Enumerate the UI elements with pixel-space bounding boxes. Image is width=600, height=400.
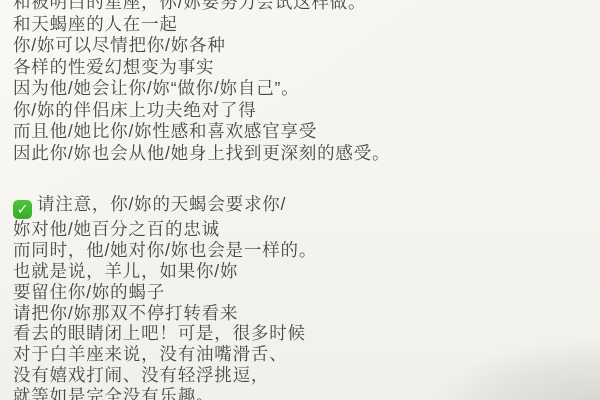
text-line: 请把你/妳那双不停打转看来 (13, 303, 592, 324)
paragraph-scorpio-intro: 和被明白的星座，你/妳要努力会试这样做。 和天蝎座的人在一起 你/妳可以尽情把你… (13, 0, 592, 164)
note-page: 和被明白的星座，你/妳要努力会试这样做。 和天蝎座的人在一起 你/妳可以尽情把你… (0, 0, 600, 400)
text-line: 因为他/她会让你/妳“做你/妳自己”。 (13, 78, 592, 100)
text-line: 看去的眼睛闭上吧！可是，很多时候 (13, 323, 592, 344)
text-line: 而同时，他/她对你/妳也会是一样的。 (13, 240, 592, 261)
text-line: 妳对他/她百分之百的忠诚 (13, 219, 592, 240)
paragraph-notice: ✓请注意，你/妳的天蝎会要求你/ 妳对他/她百分之百的忠诚 而同时，他/她对你/… (13, 194, 592, 400)
text-line: 而且他/她比你/妳性感和喜欢感官享受 (13, 121, 592, 143)
text-line: 对于白羊座来说，没有油嘴滑舌、 (13, 344, 592, 365)
text-line: 要留住你/妳的蝎子 (13, 282, 592, 303)
text-line: 你/妳可以尽情把你/妳各种 (13, 35, 592, 57)
text-line: 各样的性爱幻想变为事实 (13, 57, 592, 79)
text-line: 和被明白的星座，你/妳要努力会试这样做。 (13, 0, 592, 14)
text-line: 你/妳的伴侣床上功夫绝对了得 (13, 100, 592, 122)
text-line: 就等如是完全没有乐趣。 (13, 386, 592, 400)
text-line-with-check: ✓请注意，你/妳的天蝎会要求你/ (13, 194, 592, 219)
text-line: 因此你/妳也会从他/她身上找到更深刻的感受。 (13, 143, 592, 165)
text-line: 也就是说，羊儿，如果你/妳 (13, 261, 592, 282)
green-check-icon: ✓ (13, 200, 32, 219)
text-line: 请注意，你/妳的天蝎会要求你/ (37, 194, 286, 214)
text-line: 没有嬉戏打闹、没有轻浮挑逗， (13, 365, 592, 386)
text-line: 和天蝎座的人在一起 (13, 14, 592, 36)
